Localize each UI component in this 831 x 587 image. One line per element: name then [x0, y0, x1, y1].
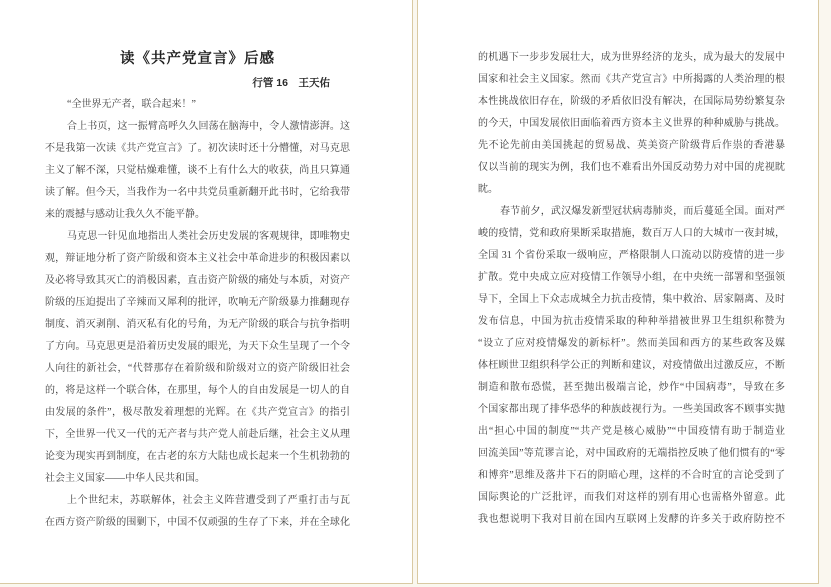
text-line: 个国家都出现了排华恐华的种族歧视行为。一些美国政客不顾事实抛	[478, 399, 785, 421]
text-line: 本性挑战依旧存在，阶级的矛盾依旧没有解决，在国际局势纷繁复杂	[478, 91, 785, 113]
text-line: 在西方资产阶级的围剿下，中国不仅顽强的生存了下来，并在全球化	[45, 512, 350, 534]
text-line: 和博弈”思维及落井下石的阴暗心理，这样的不合时宜的言论受到了	[478, 465, 785, 487]
text-line: 上个世纪末，苏联解体，社会主义阵营遭受到了严重打击与瓦解，	[45, 490, 350, 512]
text-line: 的机遇下一步步发展壮大，成为世界经济的龙头，成为最大的发展中	[478, 47, 785, 69]
text-line: 全国 31 个省份采取一级响应，严格限制人口流动以防疫情的进一步	[478, 245, 785, 267]
text-line: 国际舆论的广泛批评，而我们对这样的别有用心也需格外留意。此外，	[478, 487, 785, 509]
text-line: 由发展的条件”，极尽散发着理想的光辉。在《共产党宣言》的指引	[45, 402, 350, 424]
text-line: 观，辩证地分析了资产阶级和资本主义社会中革命进步的积极因素以	[45, 248, 350, 270]
text-line: 人向往的新社会，“代替那存在着阶级和阶级对立的资产阶级旧社会	[45, 358, 350, 380]
text-line: 制造和散布恐慌，甚至抛出极端言论，炒作“中国病毒”，导致在多	[478, 377, 785, 399]
text-line: 眈。	[478, 179, 785, 201]
text-line: 的，将是这样一个联合体，在那里，每个人的自由发展是一切人的自	[45, 380, 350, 402]
text-line: 发布信息，中国为抗击疫情采取的种种举措被世界卫生组织称赞为	[478, 311, 785, 333]
text-line: “设立了应对疫情爆发的新标杆”。然而美国和西方的某些政客及媒	[478, 333, 785, 355]
text-line: 的今天，中国发展依旧面临着西方资本主义世界的种种威胁与挑战。	[478, 113, 785, 135]
text-line: 及必将导致其灭亡的消极因素，直击资产阶级的痛处与本质，对资产	[45, 270, 350, 292]
page-left[interactable]: 读《共产党宣言》后感 行管 16 王天佑 “全世界无产者，联合起来！”合上书页，…	[0, 0, 413, 584]
text-line: 扩散。党中央成立应对疫情工作领导小组，在中央统一部署和坚强领	[478, 267, 785, 289]
document-byline: 行管 16 王天佑	[45, 72, 350, 94]
text-line: 回流美国”等荒谬言论，对中国政府的无端指控反映了他们惯有的“零	[478, 443, 785, 465]
text-line: 出“担心中国的制度”“共产党是核心威胁”“中国疫情有助于制造业	[478, 421, 785, 443]
text-line: 阶级的压迫提出了辛辣而又犀利的批评，吹响无产阶级暴力推翻现存	[45, 292, 350, 314]
text-line: 论变为现实再到制度，在古老的东方大陆也成长起来一个生机勃勃的	[45, 446, 350, 468]
text-line: 春节前夕，武汉爆发新型冠状病毒肺炎，而后蔓延全国。面对严	[478, 201, 785, 223]
text-line: 合上书页，这一振臂高呼久久回荡在脑海中，令人激情澎湃。这	[45, 116, 350, 138]
text-line: 来的震撼与感动让我久久不能平静。	[45, 204, 350, 226]
text-line: 体枉顾世卫组织科学公正的判断和建议，对疫情做出过激反应，不断	[478, 355, 785, 377]
text-line: 峻的疫情，党和政府果断采取措施，数百万人口的大城市一夜封城，	[478, 223, 785, 245]
text-line: 马克思一针见血地指出人类社会历史发展的客观规律，即唯物史	[45, 226, 350, 248]
text-line: 国家和社会主义国家。然而《共产党宣言》中所揭露的人类治理的根	[478, 69, 785, 91]
document-title: 读《共产党宣言》后感	[45, 47, 350, 72]
text-line: 了方向。马克思更是沿着历史发展的眼光，为天下众生呈现了一个令	[45, 336, 350, 358]
text-line: 仅以当前的现实为例，我们也不难看出外国反动势力对中国的虎视眈	[478, 157, 785, 179]
text-line: 读了解。但今天，当我作为一名中共党员重新翻开此书时，它给我带	[45, 182, 350, 204]
page-right-body: 的机遇下一步步发展壮大，成为世界经济的龙头，成为最大的发展中国家和社会主义国家。…	[478, 47, 785, 531]
text-line: 制度、消灭剥削、消灭私有化的号角，为无产阶级的联合与抗争指明	[45, 314, 350, 336]
text-line: “全世界无产者，联合起来！”	[45, 94, 350, 116]
text-line: 导下，全国上下众志成城全力抗击疫情，集中救治、居家隔离、及时	[478, 289, 785, 311]
document-viewer: 读《共产党宣言》后感 行管 16 王天佑 “全世界无产者，联合起来！”合上书页，…	[0, 0, 831, 587]
page-right[interactable]: 的机遇下一步步发展壮大，成为世界经济的龙头，成为最大的发展中国家和社会主义国家。…	[417, 0, 819, 584]
text-line: 下，全世界一代又一代的无产者与共产党人前赴后继，社会主义从理	[45, 424, 350, 446]
text-line: 不是我第一次读《共产党宣言》了。初次读时还十分懵懂，对马克思	[45, 138, 350, 160]
text-line: 社会主义国家——中华人民共和国。	[45, 468, 350, 490]
page-left-body: “全世界无产者，联合起来！”合上书页，这一振臂高呼久久回荡在脑海中，令人激情澎湃…	[45, 94, 350, 534]
text-line: 我也想说明下我对目前在国内互联网上发酵的许多关于政府防控不	[478, 509, 785, 531]
text-line: 先不论先前由美国挑起的贸易战、英美资产阶级背后作祟的香港暴乱，	[478, 135, 785, 157]
text-line: 主义了解不深，只觉枯燥难懂，谈不上有什么大的收获，尚且只算通	[45, 160, 350, 182]
